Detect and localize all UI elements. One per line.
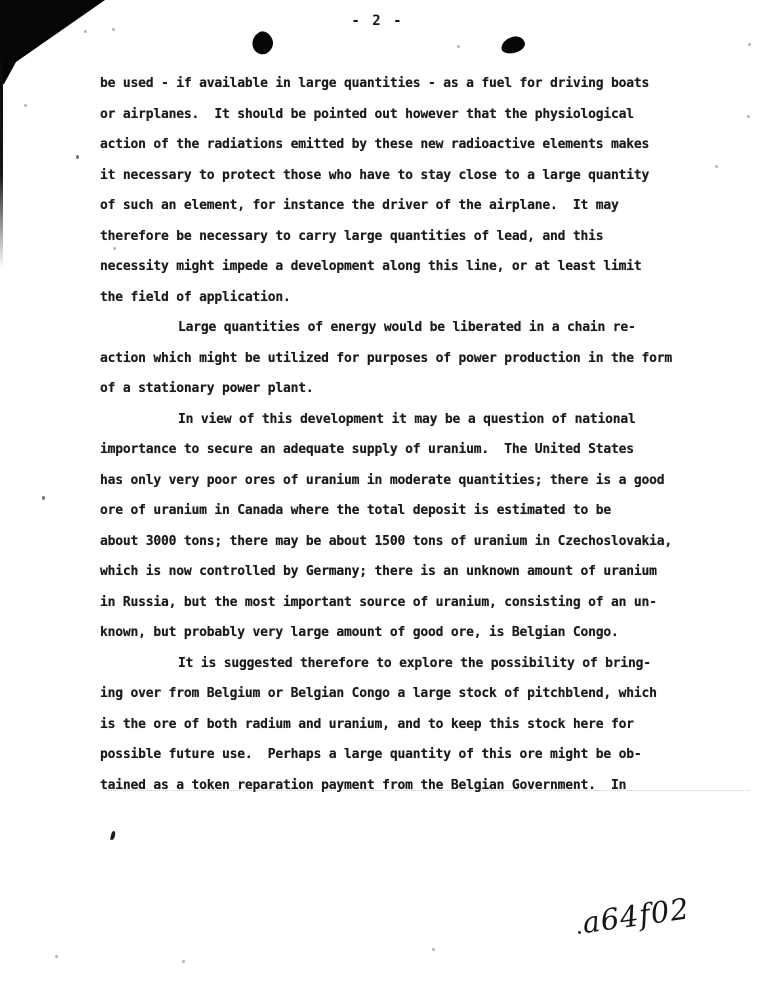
scan-speck xyxy=(42,496,45,500)
scan-speck xyxy=(715,165,718,168)
scan-speck xyxy=(84,30,87,33)
text-line: of a stationary power plant. xyxy=(100,380,700,411)
text-line: known, but probably very large amount of… xyxy=(100,624,700,655)
scan-speck xyxy=(24,104,27,107)
text-line: ore of uranium in Canada where the total… xyxy=(100,502,700,533)
scan-artifact-line xyxy=(108,790,750,791)
text-line: possible future use. Perhaps a large qua… xyxy=(100,746,700,777)
ink-blob xyxy=(248,28,277,57)
text-line: necessity might impede a development alo… xyxy=(100,258,700,289)
text-line: importance to secure an adequate supply … xyxy=(100,441,700,472)
scanned-document-page: - 2 - be used - if available in large qu… xyxy=(0,0,765,991)
text-line: be used - if available in large quantiti… xyxy=(100,75,700,106)
text-line: about 3000 tons; there may be about 1500… xyxy=(100,533,700,564)
text-line: It is suggested therefore to explore the… xyxy=(100,655,700,686)
text-line: ing over from Belgium or Belgian Congo a… xyxy=(100,685,700,716)
text-line: which is now controlled by Germany; ther… xyxy=(100,563,700,594)
scan-speck xyxy=(182,960,185,963)
text-line: Large quantities of energy would be libe… xyxy=(100,319,700,350)
scan-speck xyxy=(432,948,435,951)
ink-blob xyxy=(499,34,526,55)
text-line: the field of application. xyxy=(100,289,700,320)
page-number: - 2 - xyxy=(0,13,760,29)
handwritten-annotation: a64f02 xyxy=(580,891,692,940)
text-line: of such an element, for instance the dri… xyxy=(100,197,700,228)
scan-speck xyxy=(457,45,460,48)
scan-speck xyxy=(112,28,115,31)
scan-speck xyxy=(748,43,751,46)
text-line: action which might be utilized for purpo… xyxy=(100,350,700,381)
text-line: tained as a token reparation payment fro… xyxy=(100,777,700,808)
text-line: is the ore of both radium and uranium, a… xyxy=(100,716,700,747)
pen-dot xyxy=(578,931,581,934)
text-line: it necessary to protect those who have t… xyxy=(100,167,700,198)
scan-speck xyxy=(747,115,750,118)
scan-speck xyxy=(55,955,58,958)
typewritten-text-block: be used - if available in large quantiti… xyxy=(100,75,700,807)
scan-speck xyxy=(113,247,116,250)
text-line: in Russia, but the most important source… xyxy=(100,594,700,625)
scan-speck xyxy=(76,155,79,159)
text-line: therefore be necessary to carry large qu… xyxy=(100,228,700,259)
stray-ink-mark xyxy=(110,831,116,841)
text-line: In view of this development it may be a … xyxy=(100,411,700,442)
text-line: action of the radiations emitted by thes… xyxy=(100,136,700,167)
scan-edge-line xyxy=(0,58,3,268)
text-line: has only very poor ores of uranium in mo… xyxy=(100,472,700,503)
text-line: or airplanes. It should be pointed out h… xyxy=(100,106,700,137)
